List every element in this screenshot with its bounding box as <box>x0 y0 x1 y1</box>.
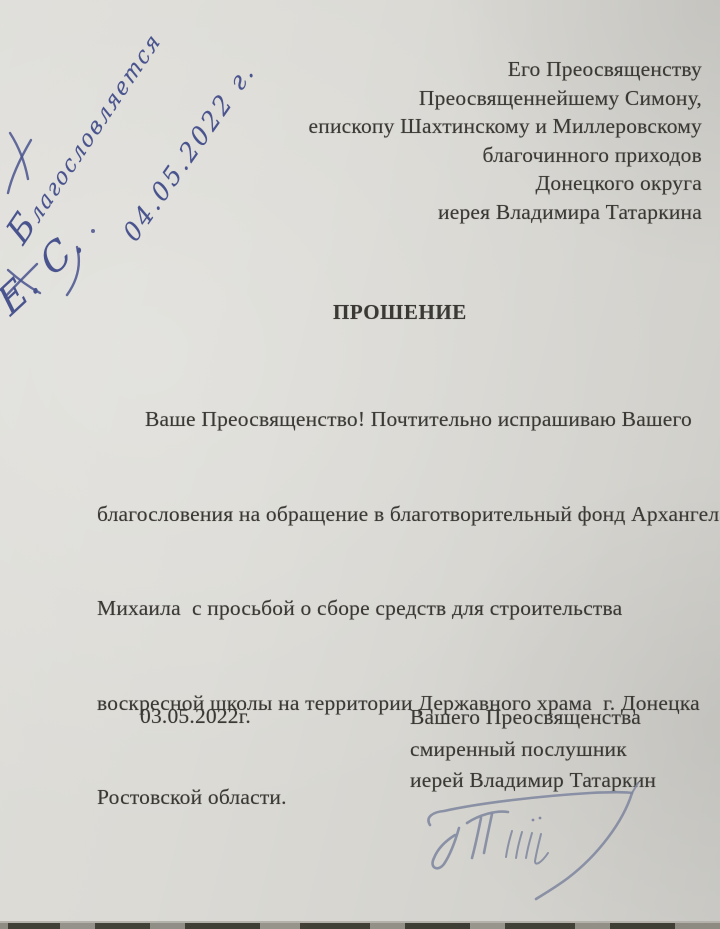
body-line: Михаила с просьбой о сборе средств для с… <box>97 593 720 625</box>
body-line: Ваше Преосвященство! Почтительно испраши… <box>97 404 720 436</box>
photo-bottom-edge <box>0 921 720 929</box>
addressee-line: благочинного приходов <box>309 141 702 170</box>
petition-date: 03.05.2022г. <box>140 702 251 730</box>
closing-line: Вашего Преосвященства <box>410 702 656 734</box>
petition-title: ПРОШЕНИЕ <box>333 298 467 326</box>
addressee-line: епископу Шахтинскому и Миллеровскому <box>309 112 702 141</box>
closing-line: смиренный послушник <box>410 734 656 766</box>
pen-stroke <box>10 133 28 179</box>
closing-block: Вашего Преосвященства смиренный послушни… <box>410 702 656 797</box>
closing-line: иерей Владимир Татаркин <box>410 765 656 797</box>
addressee-line: Его Преосвященству <box>309 55 702 84</box>
addressee-block: Его Преосвященству Преосвященнейшему Сим… <box>309 55 702 226</box>
pen-dot <box>91 229 95 233</box>
addressee-line: Донецкого округа <box>309 169 702 198</box>
body-line: благословения на обращение в благотворит… <box>97 499 720 531</box>
scanned-petition-document: Благословляется 04.05.2022 г. Е. С. Его … <box>0 0 720 929</box>
addressee-line: Преосвященнейшему Симону, <box>309 84 702 113</box>
addressee-line: иерея Владимира Татаркина <box>309 198 702 227</box>
